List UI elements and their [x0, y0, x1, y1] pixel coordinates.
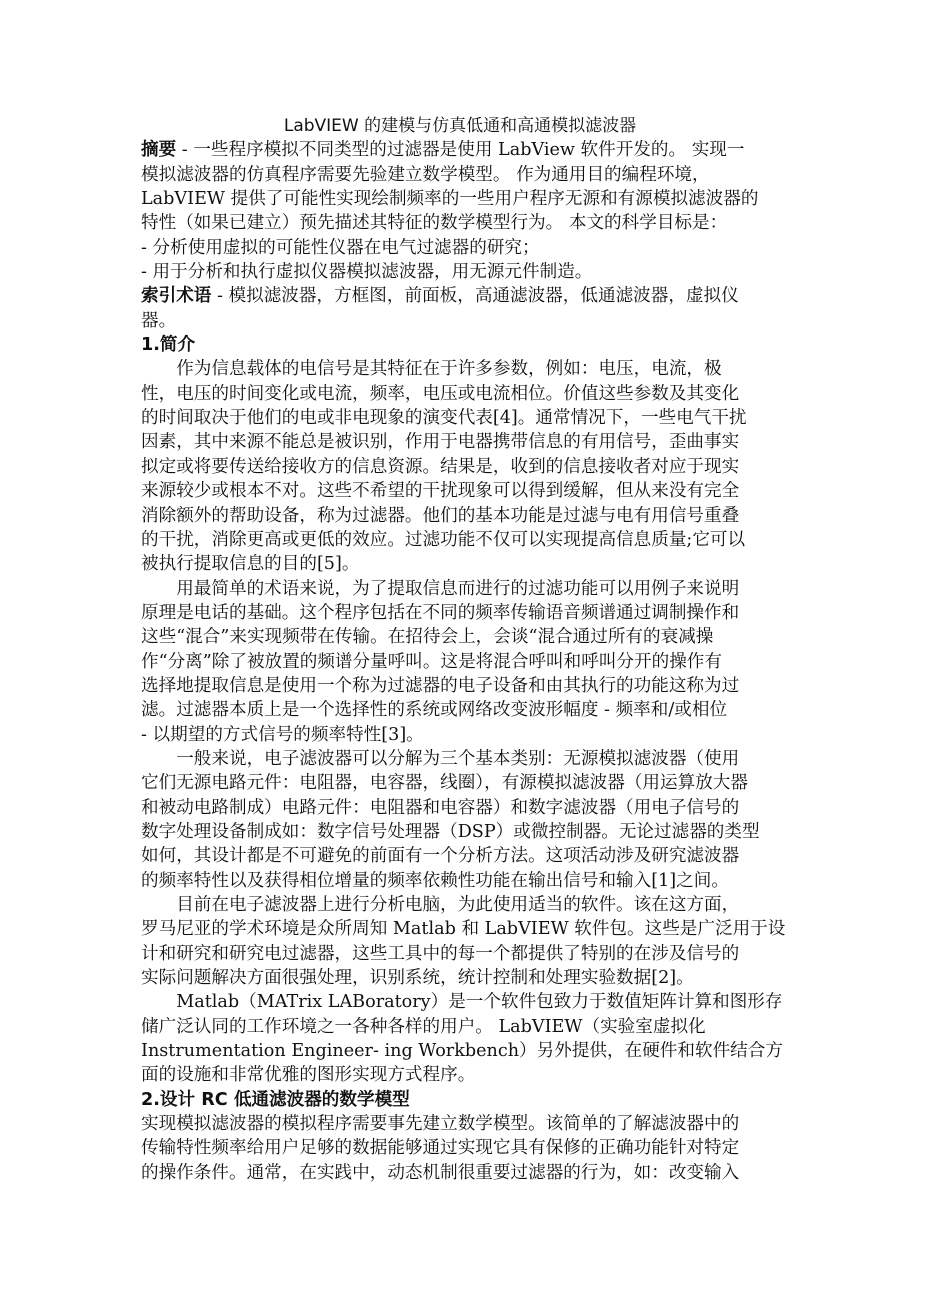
paragraph-line: 消除额外的帮助设备，称为过滤器。他们的基本功能是过滤与电有用信号重叠	[141, 504, 779, 528]
abstract-objective: - 用于分析和执行虚拟仪器模拟滤波器，用无源元件制造。	[141, 260, 779, 284]
index-terms: 索引术语 - 模拟滤波器，方框图，前面板，高通滤波器，低通滤波器，虚拟仪 器。	[141, 284, 779, 333]
paragraph-line: 目前在电子滤波器上进行分析电脑，为此使用适当的软件。该在这方面，	[141, 893, 779, 917]
paragraph-line: 罗马尼亚的学术环境是众所周知 Matlab 和 LabVIEW 软件包。这些是广…	[141, 917, 779, 941]
section-1: 1.简介 作为信息载体的电信号是其特征在于许多参数，例如：电压，电流，极 性，电…	[141, 333, 779, 1088]
paragraph-line: 储广泛认同的工作环境之一各种各样的用户。 LabVIEW（实验室虚拟化	[141, 1015, 779, 1039]
paragraph: 实现模拟滤波器的模拟程序需要事先建立数学模型。该简单的了解滤波器中的 传输特性频…	[141, 1112, 779, 1185]
paragraph: Matlab（MATrix LABoratory）是一个软件包致力于数值矩阵计算…	[141, 990, 779, 1087]
abstract: 摘要 - 一些程序模拟不同类型的过滤器是使用 LabView 软件开发的。 实现…	[141, 138, 779, 284]
paragraph-line: 作“分离”除了被放置的频谱分量呼叫。这是将混合呼叫和呼叫分开的操作有	[141, 650, 779, 674]
index-terms-label: 索引术语	[141, 286, 211, 306]
index-terms-line: 器。	[141, 309, 779, 333]
paragraph: 一般来说，电子滤波器可以分解为三个基本类别：无源模拟滤波器（使用 它们无源电路元…	[141, 747, 779, 893]
paragraph-line: 原理是电话的基础。这个程序包括在不同的频率传输语音频谱通过调制操作和	[141, 601, 779, 625]
section-heading: 2.设计 RC 低通滤波器的数学模型	[141, 1088, 779, 1112]
paragraph-line: 被执行提取信息的目的[5]。	[141, 552, 779, 576]
paragraph-line: 选择地提取信息是使用一个称为过滤器的电子设备和由其执行的功能这称为过	[141, 674, 779, 698]
paragraph-line: 这些“混合”来实现频带在传输。在招待会上，会谈“混合通过所有的衰减操	[141, 625, 779, 649]
paragraph-line: 拟定或将要传送给接收方的信息资源。结果是，收到的信息接收者对应于现实	[141, 455, 779, 479]
abstract-objective: - 分析使用虚拟的可能性仪器在电气过滤器的研究；	[141, 236, 779, 260]
paragraph-line: 的干扰，消除更高或更低的效应。过滤功能不仅可以实现提高信息质量;它可以	[141, 528, 779, 552]
abstract-line: 摘要 - 一些程序模拟不同类型的过滤器是使用 LabView 软件开发的。 实现…	[141, 138, 779, 162]
document-page: LabVIEW 的建模与仿真低通和高通模拟滤波器 摘要 - 一些程序模拟不同类型…	[141, 114, 779, 1185]
paragraph-line: 因素，其中来源不能总是被识别，作用于电器携带信息的有用信号，歪曲事实	[141, 430, 779, 454]
paragraph: 目前在电子滤波器上进行分析电脑，为此使用适当的软件。该在这方面， 罗马尼亚的学术…	[141, 893, 779, 990]
paragraph-line: - 以期望的方式信号的频率特性[3]。	[141, 723, 779, 747]
paragraph-line: 的操作条件。通常，在实践中，动态机制很重要过滤器的行为，如：改变输入	[141, 1161, 779, 1185]
paragraph: 作为信息载体的电信号是其特征在于许多参数，例如：电压，电流，极 性，电压的时间变…	[141, 357, 779, 576]
section-heading: 1.简介	[141, 333, 779, 357]
paragraph-line: 作为信息载体的电信号是其特征在于许多参数，例如：电压，电流，极	[141, 357, 779, 381]
paragraph-line: 传输特性频率给用户足够的数据能够通过实现它具有保修的正确功能针对特定	[141, 1136, 779, 1160]
paragraph-line: 面的设施和非常优雅的图形实现方式程序。	[141, 1063, 779, 1087]
paragraph-line: 数字处理设备制成如：数字信号处理器（DSP）或微控制器。无论过滤器的类型	[141, 820, 779, 844]
paragraph-line: 滤。过滤器本质上是一个选择性的系统或网络改变波形幅度 - 频率和/或相位	[141, 698, 779, 722]
paragraph-line: 用最简单的术语来说，为了提取信息而进行的过滤功能可以用例子来说明	[141, 577, 779, 601]
abstract-label: 摘要	[141, 140, 176, 160]
abstract-line: LabVIEW 提供了可能性实现绘制频率的一些用户程序无源和有源模拟滤波器的	[141, 187, 779, 211]
paragraph-line: 实际问题解决方面很强处理，识别系统，统计控制和处理实验数据[2]。	[141, 966, 779, 990]
paragraph-line: 的时间取决于他们的电或非电现象的演变代表[4]。通常情况下，一些电气干扰	[141, 406, 779, 430]
paragraph-line: 计和研究和研究电过滤器，这些工具中的每一个都提供了特别的在涉及信号的	[141, 942, 779, 966]
paragraph: 用最简单的术语来说，为了提取信息而进行的过滤功能可以用例子来说明 原理是电话的基…	[141, 577, 779, 747]
abstract-line: 模拟滤波器的仿真程序需要先验建立数学模型。 作为通用目的编程环境，	[141, 163, 779, 187]
paragraph-line: 和被动电路制成）电路元件：电阻器和电容器）和数字滤波器（用电子信号的	[141, 796, 779, 820]
paragraph-line: 它们无源电路元件：电阻器，电容器，线圈），有源模拟滤波器（用运算放大器	[141, 771, 779, 795]
paragraph-line: 如何，其设计都是不可避免的前面有一个分析方法。这项活动涉及研究滤波器	[141, 844, 779, 868]
section-2: 2.设计 RC 低通滤波器的数学模型 实现模拟滤波器的模拟程序需要事先建立数学模…	[141, 1088, 779, 1185]
paragraph-line: 实现模拟滤波器的模拟程序需要事先建立数学模型。该简单的了解滤波器中的	[141, 1112, 779, 1136]
paragraph-line: Matlab（MATrix LABoratory）是一个软件包致力于数值矩阵计算…	[141, 990, 779, 1014]
index-terms-line: 索引术语 - 模拟滤波器，方框图，前面板，高通滤波器，低通滤波器，虚拟仪	[141, 284, 779, 308]
paragraph-line: 一般来说，电子滤波器可以分解为三个基本类别：无源模拟滤波器（使用	[141, 747, 779, 771]
document-title: LabVIEW 的建模与仿真低通和高通模拟滤波器	[141, 114, 779, 138]
paragraph-line: 性，电压的时间变化或电流，频率，电压或电流相位。价值这些参数及其变化	[141, 382, 779, 406]
paragraph-line: Instrumentation Engineer- ing Workbench）…	[141, 1039, 779, 1063]
paragraph-line: 来源较少或根本不对。这些不希望的干扰现象可以得到缓解，但从来没有完全	[141, 479, 779, 503]
paragraph-line: 的频率特性以及获得相位增量的频率依赖性功能在输出信号和输入[1]之间。	[141, 869, 779, 893]
abstract-line: 特性（如果已建立）预先描述其特征的数学模型行为。 本文的科学目标是：	[141, 211, 779, 235]
